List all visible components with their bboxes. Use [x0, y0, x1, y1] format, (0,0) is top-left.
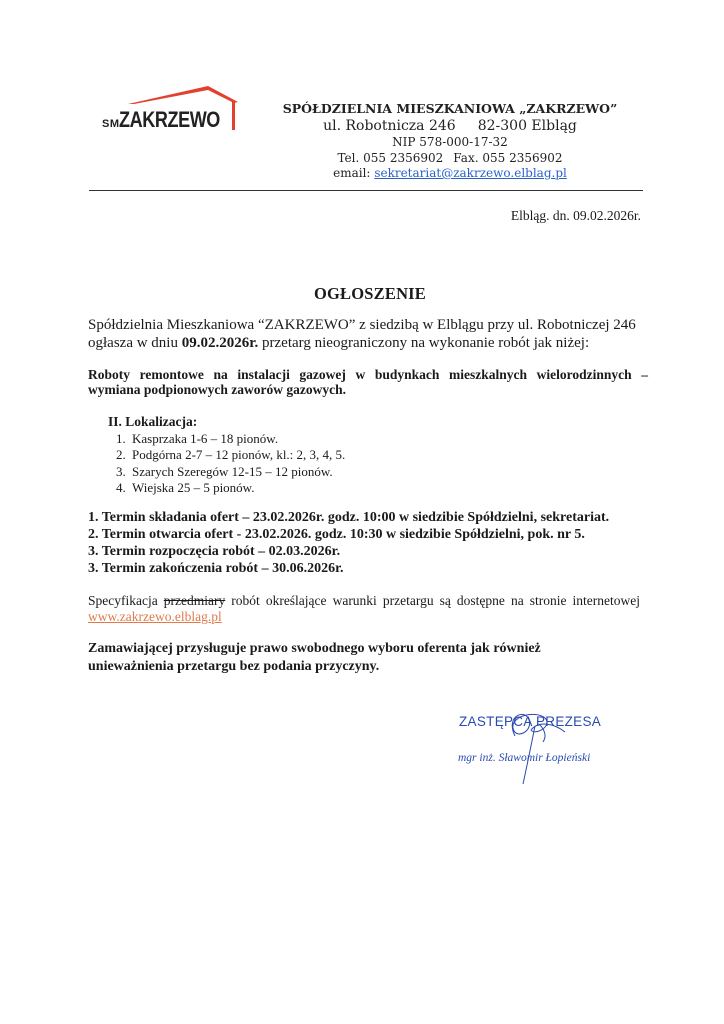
fax: Fax. 055 2356902 — [453, 151, 562, 165]
address-line: ul. Robotnicza 24682-300 Elbląg — [280, 117, 620, 135]
location-section: II. Lokalizacja: 1.Kasprzaka 1-6 – 18 pi… — [108, 414, 468, 497]
spec-line-1: Specyfikacja przedmiary robót określając… — [88, 593, 640, 609]
org-name: SPÓŁDZIELNIA MIESZKANIOWA „ZAKRZEWO” — [280, 101, 620, 117]
email-line: email: sekretariat@zakrzewo.elblag.pl — [280, 166, 620, 182]
subject-line-1: Roboty remontowe na instalacji gazowej w… — [88, 367, 648, 382]
intro-line-2: ogłasza w dniu 09.02.2026r. przetarg nie… — [88, 334, 648, 352]
email-link[interactable]: sekretariat@zakrzewo.elblag.pl — [374, 166, 567, 180]
location-item: 2.Podgórna 2-7 – 12 pionów, kl.: 2, 3, 4… — [108, 447, 468, 464]
phone-line: Tel. 055 2356902Fax. 055 2356902 — [280, 151, 620, 167]
letterhead: SPÓŁDZIELNIA MIESZKANIOWA „ZAKRZEWO” ul.… — [280, 101, 620, 182]
logo-name: ZAKRZEWO — [119, 107, 220, 133]
location-heading: II. Lokalizacja: — [108, 414, 468, 431]
location-list: 1.Kasprzaka 1-6 – 18 pionów. 2.Podgórna … — [108, 431, 468, 497]
location-item: 1.Kasprzaka 1-6 – 18 pionów. — [108, 431, 468, 448]
location-item: 4.Wiejska 25 – 5 pionów. — [108, 480, 468, 497]
document-title: OGŁOSZENIE — [80, 284, 660, 304]
logo-prefix: SM — [102, 118, 120, 130]
term-end: 3. Termin zakończenia robót – 30.06.2026… — [88, 560, 658, 577]
tender-subject: Roboty remontowe na instalacji gazowej w… — [88, 367, 648, 397]
term-start: 3. Termin rozpoczęcia robót – 02.03.2026… — [88, 543, 658, 560]
street: ul. Robotnicza 246 — [323, 118, 456, 134]
term-opening: 2. Termin otwarcia ofert - 23.02.2026. g… — [88, 526, 658, 543]
postal-city: 82-300 Elbląg — [478, 118, 577, 134]
company-logo: SM ZAKRZEWO — [88, 84, 248, 136]
date-line: Elbląg. dn. 09.02.2026r. — [490, 208, 641, 224]
term-submission: 1. Termin składania ofert – 23.02.2026r.… — [88, 509, 658, 526]
nip: NIP 578-000-17-32 — [280, 135, 620, 151]
intro-paragraph: Spółdzielnia Mieszkaniowa “ZAKRZEWO” z s… — [88, 316, 648, 352]
location-item: 3.Szarych Szeregów 12-15 – 12 pionów. — [108, 464, 468, 481]
announcement-date: 09.02.2026r. — [182, 335, 259, 351]
subject-line-2: wymiana podpionowych zaworów gazowych. — [88, 382, 346, 397]
website-link[interactable]: www.zakrzewo.elblag.pl — [88, 609, 222, 624]
struck-word: przedmiary — [164, 593, 225, 608]
tel: Tel. 055 2356902 — [337, 151, 443, 165]
reservation-paragraph: Zamawiającej przysługuje prawo swobodneg… — [88, 640, 648, 675]
intro-line-1: Spółdzielnia Mieszkaniowa “ZAKRZEWO” z s… — [88, 316, 648, 334]
email-label: email: — [333, 166, 370, 180]
header-divider — [89, 190, 643, 191]
specification-paragraph: Specyfikacja przedmiary robót określając… — [88, 593, 640, 625]
terms-list: 1. Termin składania ofert – 23.02.2026r.… — [88, 509, 658, 577]
handwritten-signature-icon — [495, 706, 585, 786]
